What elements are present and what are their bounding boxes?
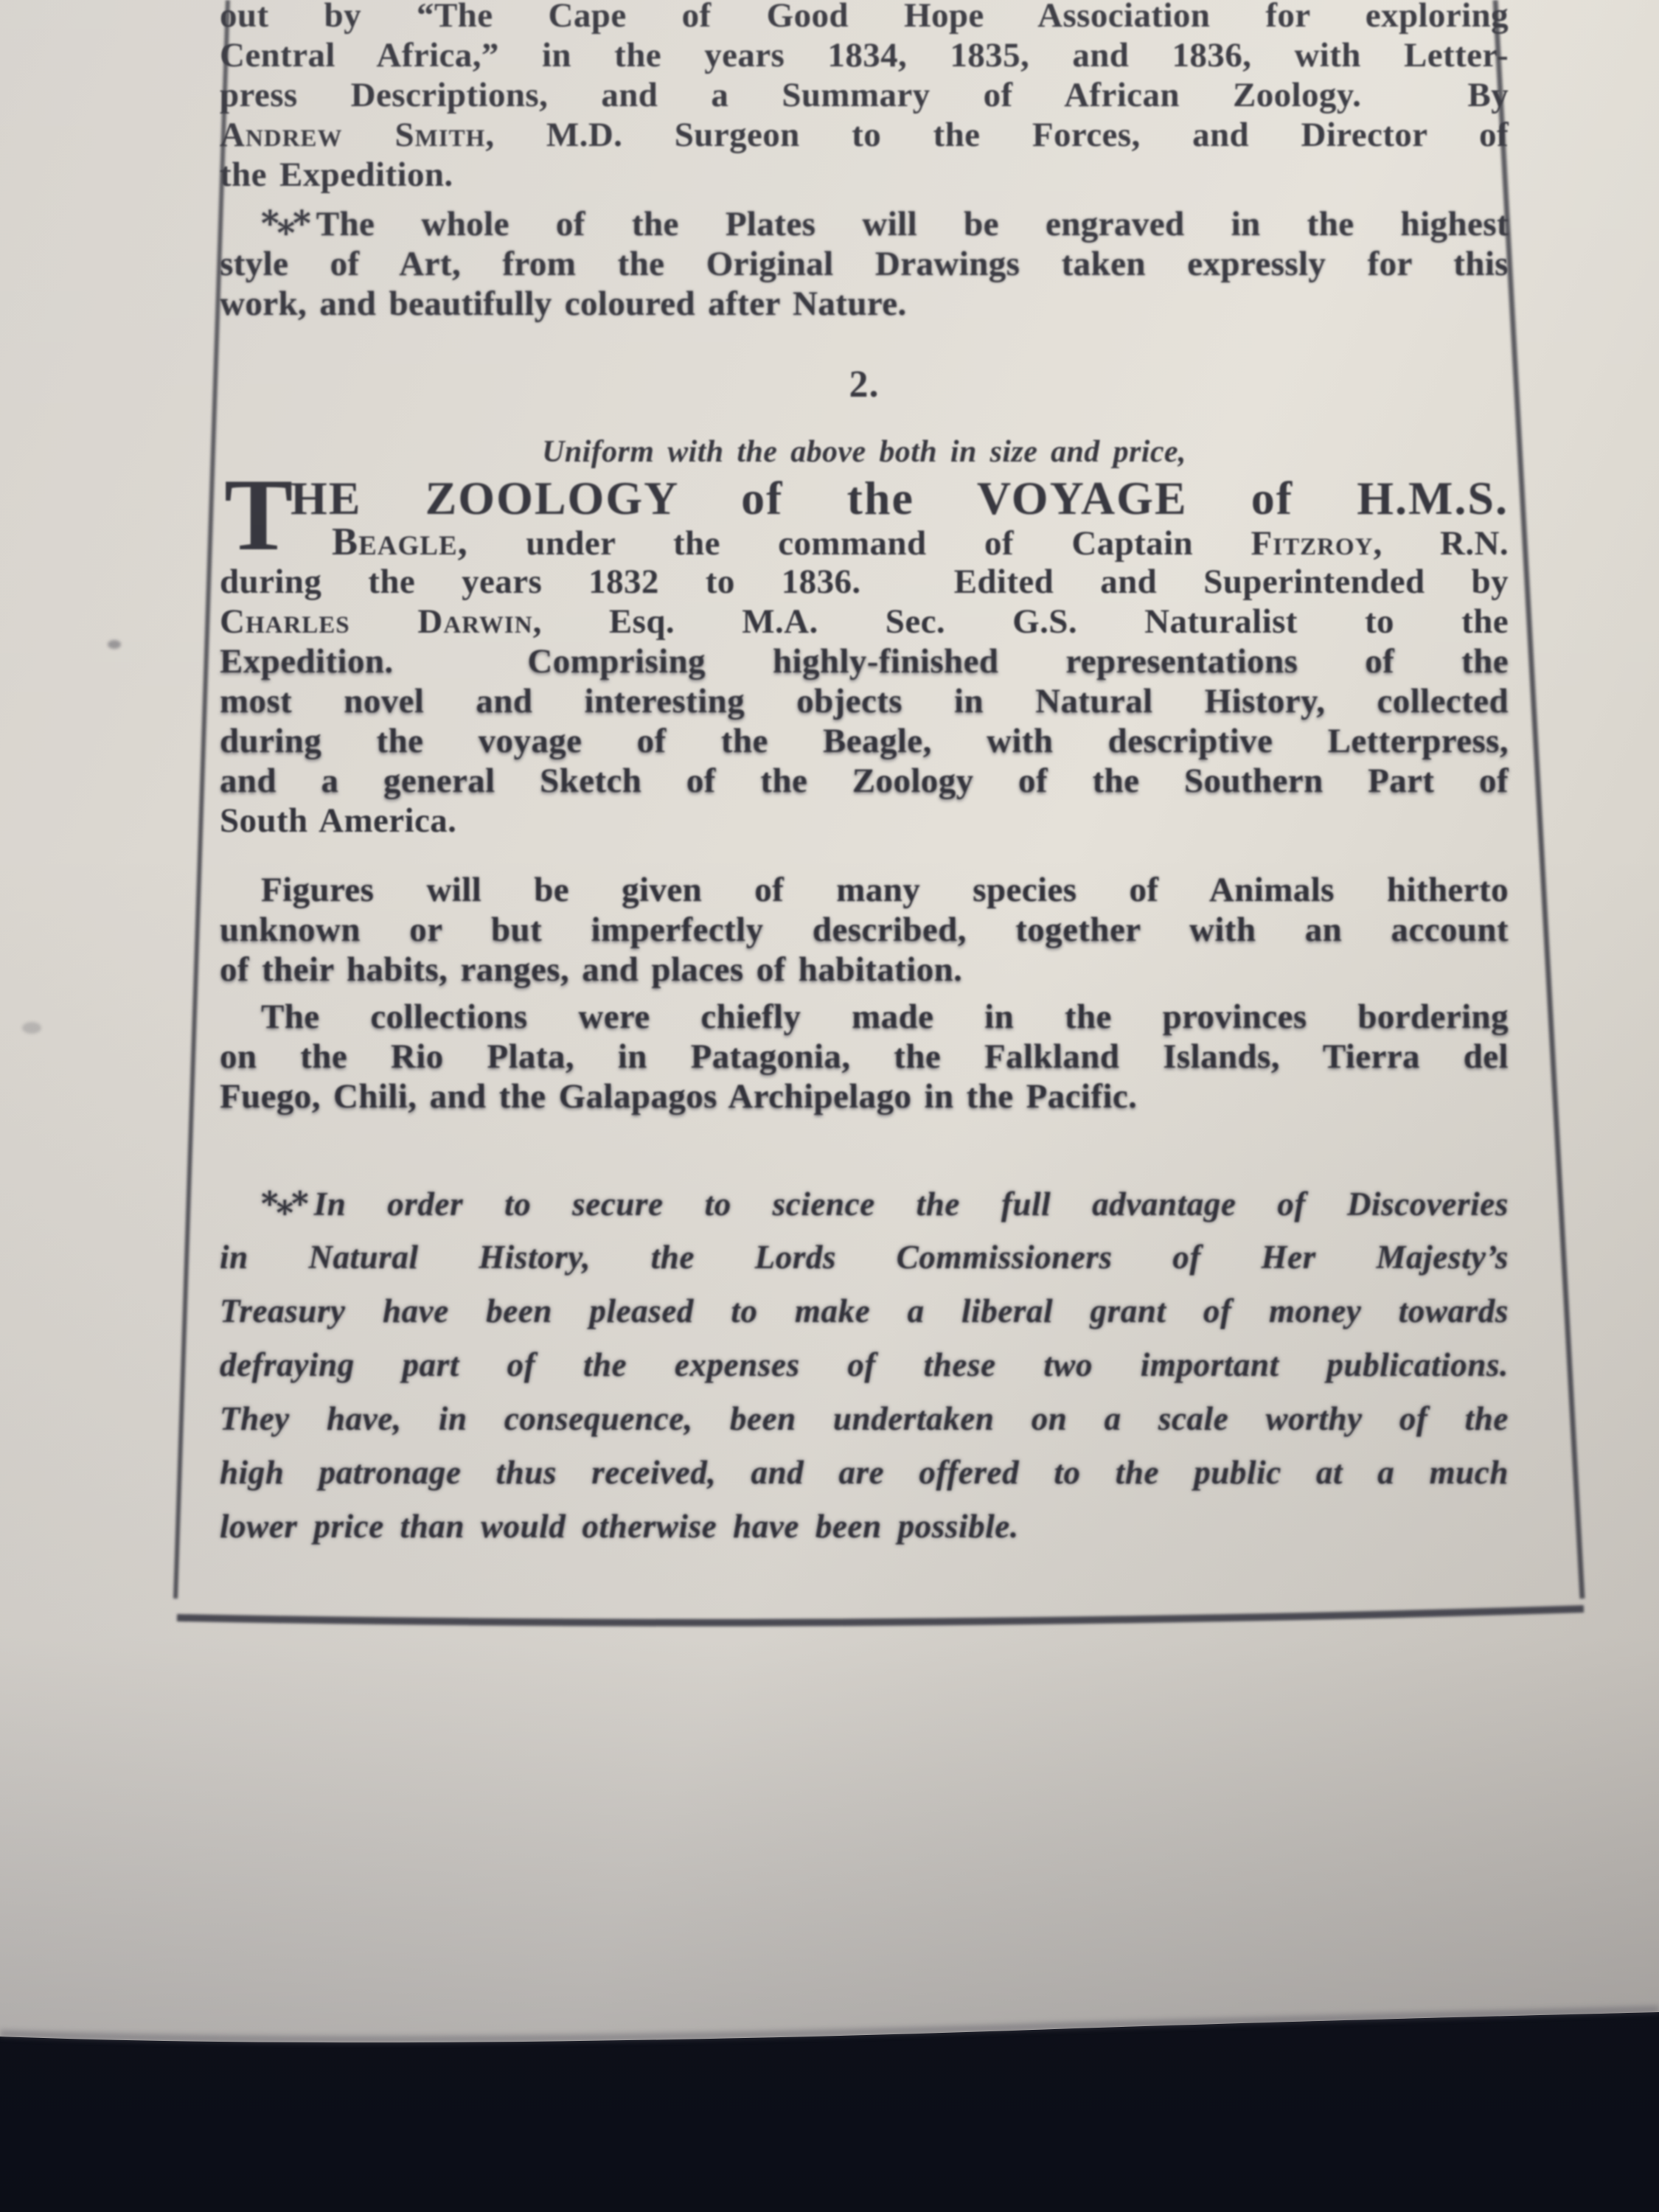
photo-backdrop (0, 0, 1659, 2212)
dark-table-surface (0, 2012, 1659, 2212)
book-page-photo: out by “The Cape of Good Hope Associatio… (0, 0, 1659, 2212)
